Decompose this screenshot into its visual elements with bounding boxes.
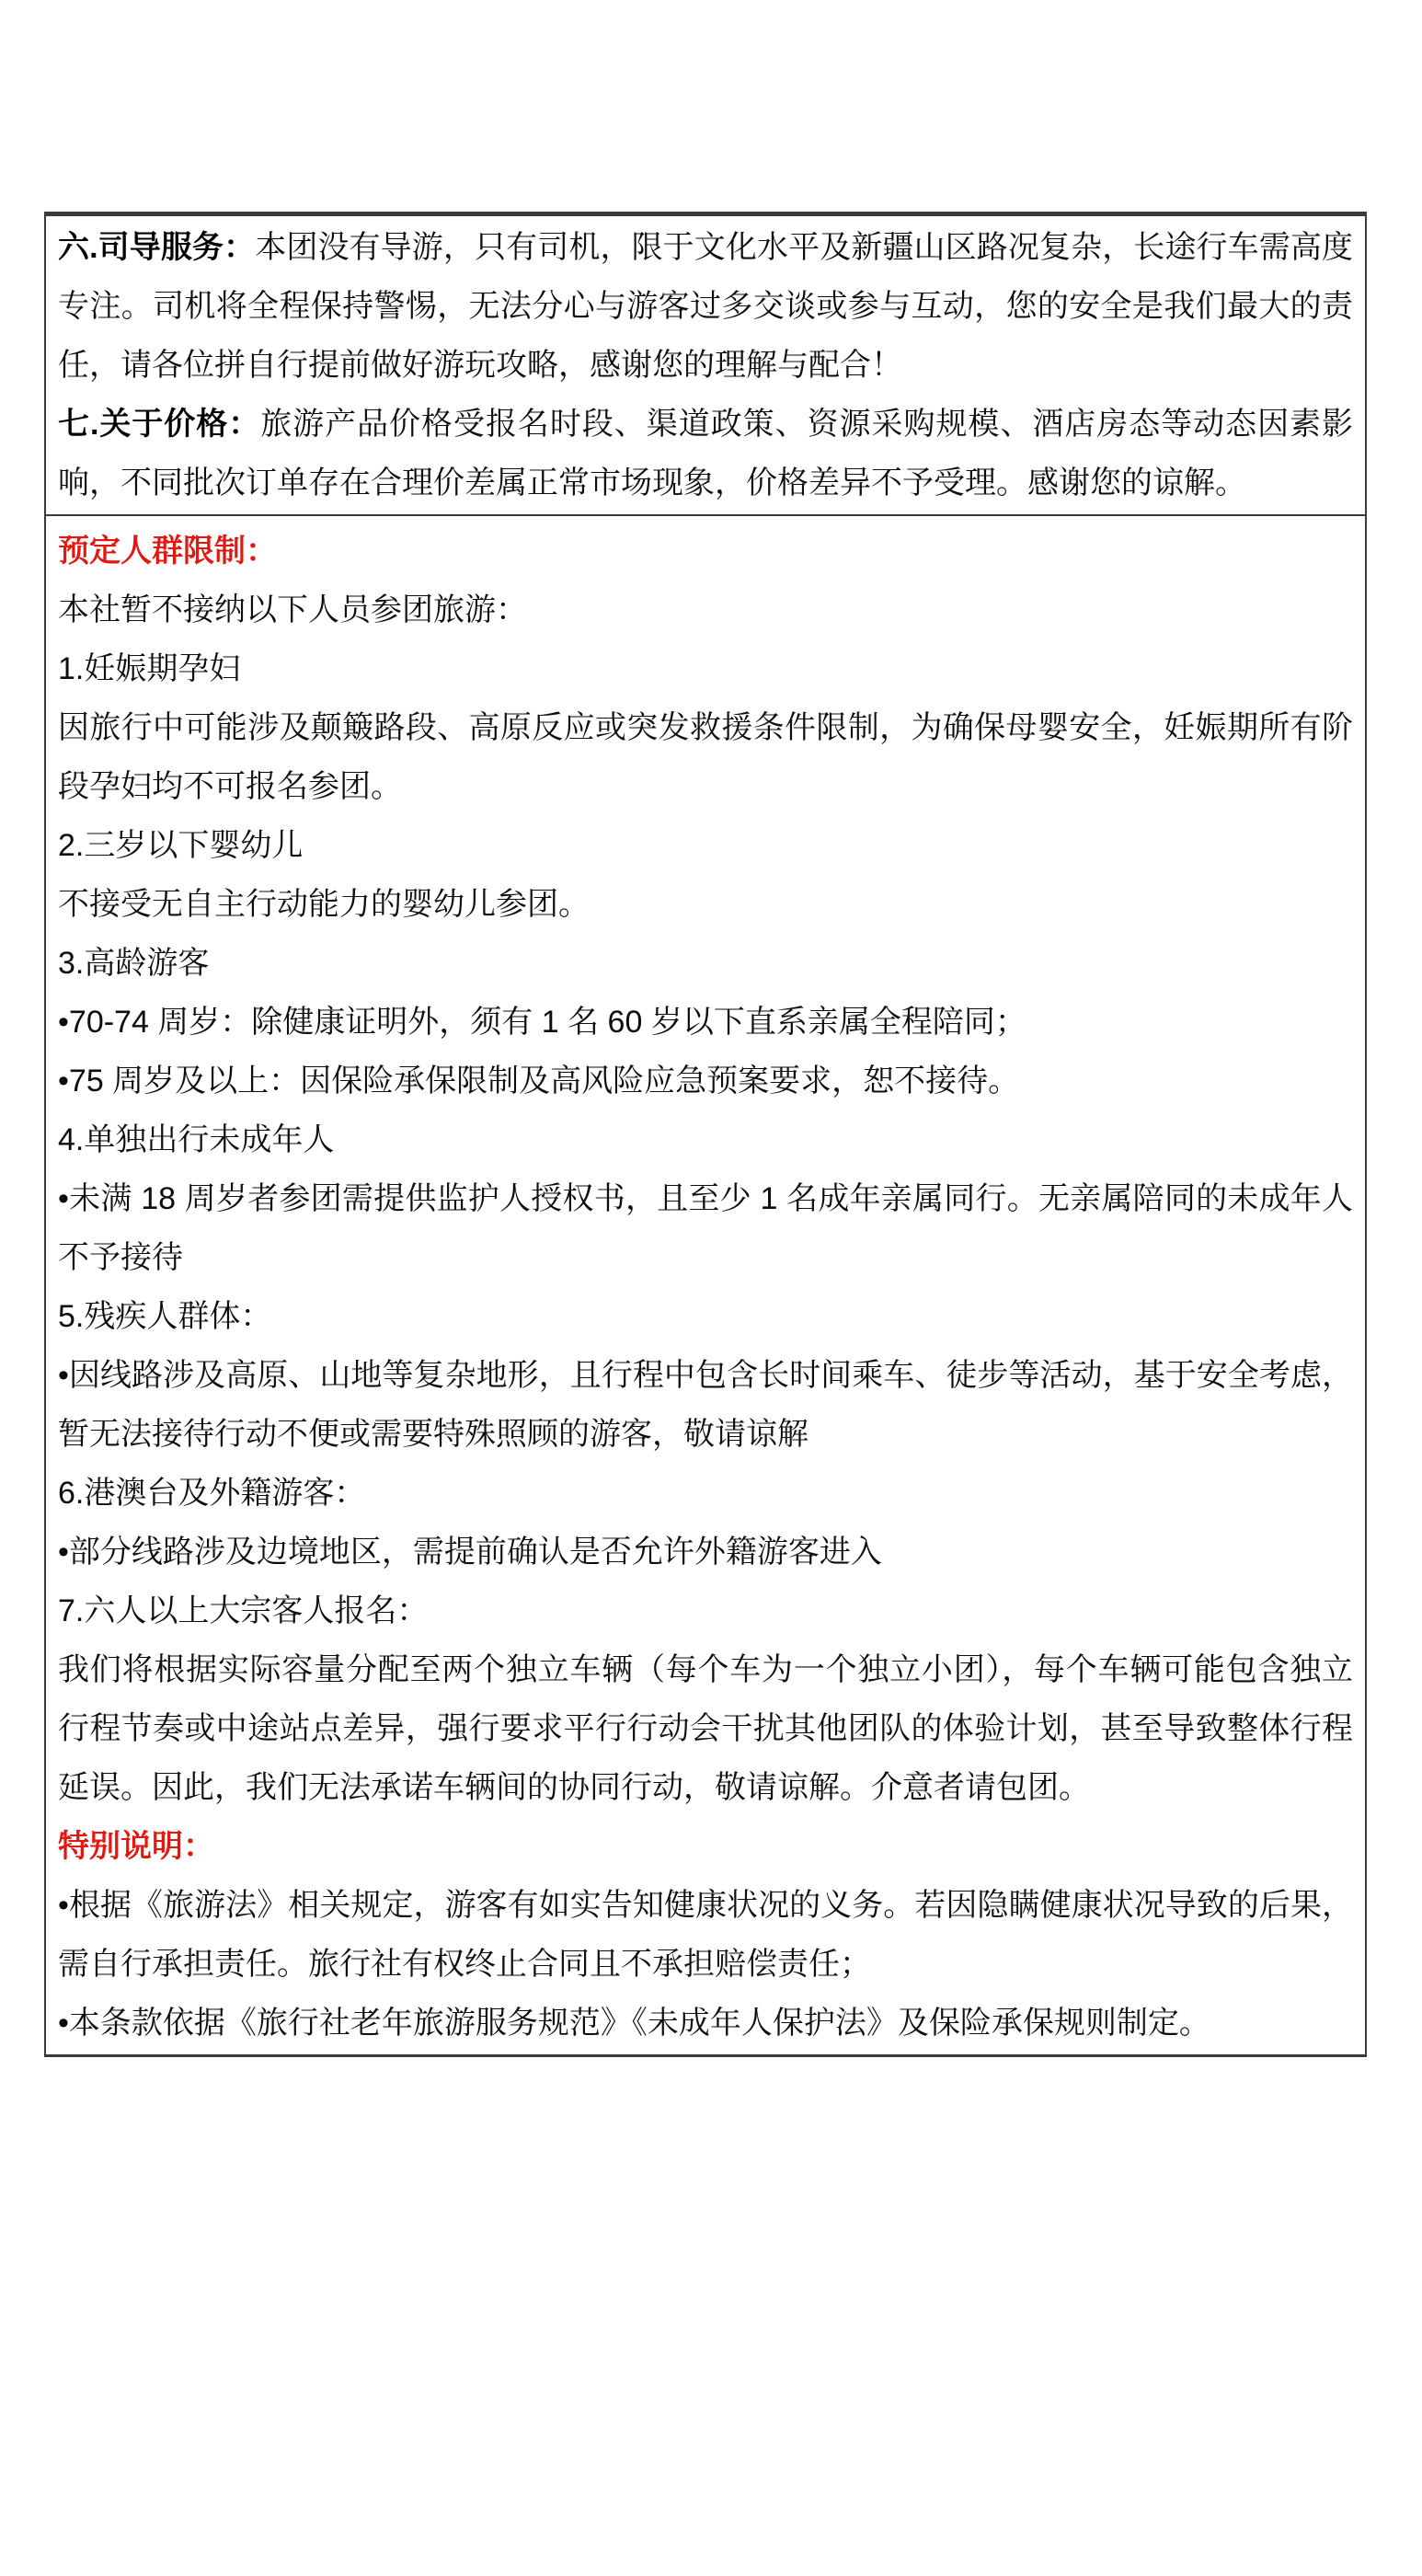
special-notes-title: 特别说明： bbox=[58, 1817, 1353, 1876]
paragraph-pricing: 七.关于价格：旅游产品价格受报名时段、渠道政策、资源采购规模、酒店房态等动态因素… bbox=[58, 395, 1353, 512]
restriction-item-elderly-75plus: •75 周岁及以上：因保险承保限制及高风险应急预案要求，恕不接待。 bbox=[58, 1052, 1353, 1110]
restriction-item-foreign-title: 6.港澳台及外籍游客： bbox=[58, 1464, 1353, 1523]
restriction-item-minor-title: 4.单独出行未成年人 bbox=[58, 1110, 1353, 1169]
restriction-item-elderly-70-74: •70-74 周岁：除健康证明外，须有 1 名 60 岁以下直系亲属全程陪同； bbox=[58, 993, 1353, 1052]
restriction-item-disabled-text: •因线路涉及高原、山地等复杂地形，且行程中包含长时间乘车、徒步等活动，基于安全考… bbox=[58, 1346, 1353, 1464]
restriction-item-pregnant-title: 1.妊娠期孕妇 bbox=[58, 639, 1353, 698]
restriction-item-group-title: 7.六人以上大宗客人报名： bbox=[58, 1581, 1353, 1640]
restriction-item-elderly-title: 3.高龄游客 bbox=[58, 934, 1353, 993]
restriction-item-group-text: 我们将根据实际容量分配至两个独立车辆（每个车为一个独立小团），每个车辆可能包含独… bbox=[58, 1640, 1353, 1817]
restriction-item-infant-text: 不接受无自主行动能力的婴幼儿参团。 bbox=[58, 875, 1353, 934]
restriction-item-foreign-text: •部分线路涉及边境地区，需提前确认是否允许外籍游客进入 bbox=[58, 1523, 1353, 1581]
restriction-item-disabled-title: 5.残疾人群体： bbox=[58, 1287, 1353, 1346]
restriction-item-infant-title: 2.三岁以下婴幼儿 bbox=[58, 816, 1353, 875]
services-and-price-cell: 六.司导服务：本团没有导游，只有司机，限于文化水平及新疆山区路况复杂，长途行车需… bbox=[46, 216, 1365, 514]
paragraph-driver-service: 六.司导服务：本团没有导游，只有司机，限于文化水平及新疆山区路况复杂，长途行车需… bbox=[58, 218, 1353, 395]
restrictions-cell: 预定人群限制： 本社暂不接纳以下人员参团旅游： 1.妊娠期孕妇 因旅行中可能涉及… bbox=[46, 514, 1365, 2054]
special-note-health: •根据《旅游法》相关规定，游客有如实告知健康状况的义务。若因隐瞒健康状况导致的后… bbox=[58, 1876, 1353, 1994]
restriction-item-pregnant-text: 因旅行中可能涉及颠簸路段、高原反应或突发救援条件限制，为确保母婴安全，妊娠期所有… bbox=[58, 698, 1353, 816]
special-note-legal-basis: •本条款依据《旅行社老年旅游服务规范》《未成年人保护法》及保险承保规则制定。 bbox=[58, 1994, 1353, 2053]
restriction-item-minor-text: •未满 18 周岁者参团需提供监护人授权书，且至少 1 名成年亲属同行。无亲属陪… bbox=[58, 1169, 1353, 1287]
notice-table: 六.司导服务：本团没有导游，只有司机，限于文化水平及新疆山区路况复杂，长途行车需… bbox=[44, 212, 1367, 2057]
pricing-heading: 七.关于价格： bbox=[58, 407, 260, 442]
driver-service-heading: 六.司导服务： bbox=[58, 230, 255, 265]
restrictions-title: 预定人群限制： bbox=[58, 522, 1353, 581]
page: 六.司导服务：本团没有导游，只有司机，限于文化水平及新疆山区路况复杂，长途行车需… bbox=[0, 0, 1422, 2576]
restrictions-intro: 本社暂不接纳以下人员参团旅游： bbox=[58, 581, 1353, 639]
